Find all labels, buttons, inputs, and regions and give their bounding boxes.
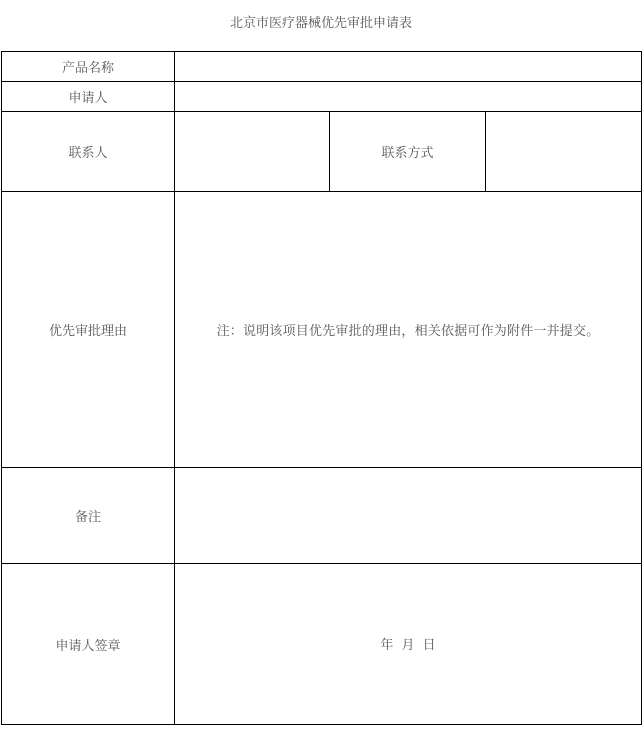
application-form-table: 产品名称 申请人 联系人 联系方式 优先审批理由 注：说明该项目优先审批的理由，… (1, 51, 642, 725)
row-contact: 联系人 联系方式 (2, 112, 642, 192)
field-signature-date[interactable]: 年 月 日 (175, 564, 642, 725)
row-applicant: 申请人 (2, 82, 642, 112)
row-priority-reason: 优先审批理由 注：说明该项目优先审批的理由，相关依据可作为附件一并提交。 (2, 192, 642, 468)
field-applicant[interactable] (175, 82, 642, 112)
label-contact-person: 联系人 (2, 112, 175, 192)
label-signature: 申请人签章 (2, 564, 175, 725)
field-priority-reason-note[interactable]: 注：说明该项目优先审批的理由，相关依据可作为附件一并提交。 (175, 192, 642, 468)
label-priority-reason: 优先审批理由 (2, 192, 175, 468)
form-title: 北京市医疗器械优先审批申请表 (0, 14, 642, 34)
field-product-name[interactable] (175, 52, 642, 82)
label-contact-method: 联系方式 (330, 112, 486, 192)
field-contact-method[interactable] (486, 112, 642, 192)
row-product-name: 产品名称 (2, 52, 642, 82)
label-remarks: 备注 (2, 468, 175, 564)
label-applicant: 申请人 (2, 82, 175, 112)
row-remarks: 备注 (2, 468, 642, 564)
field-remarks[interactable] (175, 468, 642, 564)
field-contact-person[interactable] (175, 112, 330, 192)
row-signature: 申请人签章 年 月 日 (2, 564, 642, 725)
signature-date-text: 年 月 日 (175, 634, 641, 653)
label-product-name: 产品名称 (2, 52, 175, 82)
